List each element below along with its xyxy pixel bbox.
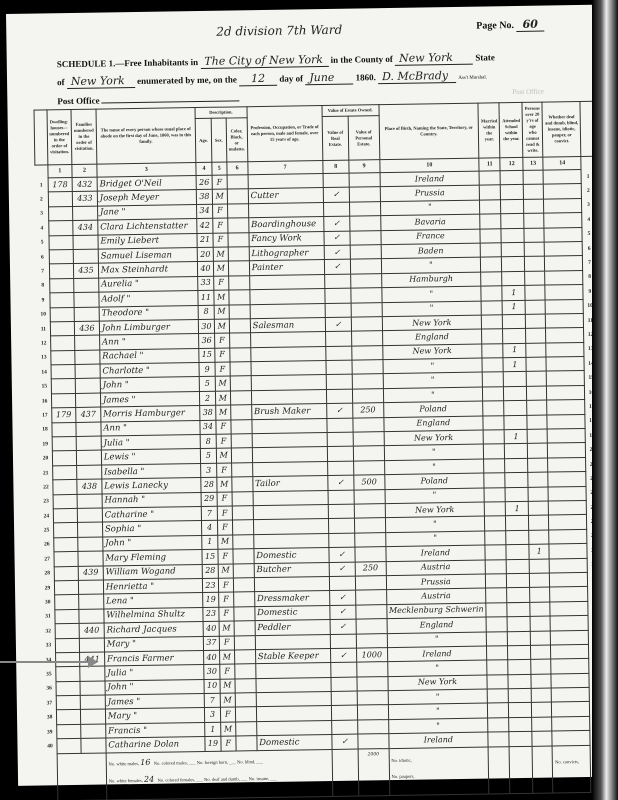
occupation <box>256 706 331 722</box>
family-number <box>81 724 106 739</box>
line-number: 20 <box>39 451 52 466</box>
age: 40 <box>203 621 219 636</box>
cannot-read-write <box>526 357 546 372</box>
condition <box>544 213 582 228</box>
attended-school: 1 <box>503 300 526 315</box>
condition <box>545 299 583 314</box>
condition <box>547 414 585 429</box>
family-number <box>78 551 103 566</box>
sex: M <box>218 564 233 579</box>
line-number: 2 <box>35 192 48 207</box>
condition <box>545 285 583 300</box>
condition <box>549 558 587 573</box>
attended-school <box>503 314 526 329</box>
personal-estate-value <box>358 719 389 734</box>
person-name: James " <box>105 694 204 710</box>
condition <box>549 515 587 530</box>
line-number: 8 <box>37 279 50 294</box>
sex: M <box>214 305 229 320</box>
real-estate-value: ✓ <box>330 648 356 663</box>
condition <box>548 457 586 472</box>
dwelling-number <box>56 724 81 739</box>
attended-school: 1 <box>505 429 528 444</box>
birthplace: Ireland <box>387 646 487 662</box>
attended-school <box>507 559 530 574</box>
family-number <box>77 450 102 465</box>
occupation <box>252 461 327 477</box>
post-office-value <box>102 92 240 103</box>
real-estate-value <box>325 288 351 303</box>
condition <box>547 400 585 415</box>
dwelling-number <box>54 580 79 595</box>
occupation <box>251 361 326 377</box>
age: 11 <box>198 290 214 305</box>
real-estate-value <box>330 662 356 677</box>
dwelling-number <box>48 192 73 207</box>
family-number <box>81 709 106 724</box>
color <box>234 650 255 665</box>
age: 40 <box>204 650 220 665</box>
family-number <box>76 422 101 437</box>
col-header-11: Married within the year. <box>478 103 500 158</box>
color <box>227 204 248 219</box>
occupation <box>251 389 326 405</box>
dwelling-number <box>48 206 73 221</box>
sex: M <box>214 319 229 334</box>
person-name: Max Steinhardt <box>98 262 197 278</box>
birthplace: Austria <box>386 588 486 604</box>
condition <box>543 169 581 184</box>
cannot-read-write <box>529 530 549 545</box>
attended-school <box>503 329 526 344</box>
family-number <box>80 681 105 696</box>
color <box>229 347 250 362</box>
birthplace: New York <box>382 315 482 331</box>
family-number: 432 <box>72 177 97 192</box>
family-number <box>73 206 98 221</box>
page-label: Page No. <box>476 20 514 32</box>
condition <box>548 486 586 501</box>
married-in-year <box>480 200 501 215</box>
line-number: 26 <box>41 538 54 553</box>
birthplace: Ireland <box>380 171 480 187</box>
personal-estate-value <box>350 259 381 274</box>
attended-school: 1 <box>502 286 525 301</box>
dwelling-number <box>54 609 79 624</box>
color <box>235 707 256 722</box>
color <box>234 635 255 650</box>
estate-header: Value of Estate Owned. <box>322 105 379 117</box>
birthplace: " <box>384 444 484 460</box>
occupation <box>252 433 327 449</box>
occupation <box>248 174 323 190</box>
birthplace: England <box>387 617 487 633</box>
state-label: State <box>475 52 495 62</box>
county-value: New York <box>395 51 473 66</box>
dwelling-number <box>51 365 76 380</box>
sex: F <box>213 218 228 233</box>
age: 34 <box>197 204 213 219</box>
married-in-year <box>486 602 507 617</box>
age: 30 <box>204 665 220 680</box>
dwelling-number <box>55 652 80 667</box>
age: 36 <box>199 334 215 349</box>
personal-estate-value <box>351 331 382 346</box>
birthplace: " <box>385 488 485 504</box>
personal-estate-value <box>357 676 388 691</box>
cannot-read-write <box>526 328 546 343</box>
line-number: 7 <box>36 264 49 279</box>
personal-estate-value <box>351 288 382 303</box>
sex: M <box>221 722 236 737</box>
sex: M <box>219 621 234 636</box>
dwelling-number <box>50 321 75 336</box>
person-name: John " <box>105 679 204 695</box>
cannot-read-write <box>523 170 543 185</box>
scan-edge-shadow <box>592 0 618 800</box>
sex: F <box>218 578 233 593</box>
color <box>230 362 251 377</box>
attended-school <box>501 170 524 185</box>
color <box>230 419 251 434</box>
condition <box>546 371 584 386</box>
color <box>228 232 249 247</box>
attended-school <box>507 588 530 603</box>
dwelling-number <box>52 451 77 466</box>
real-estate-value <box>327 447 353 462</box>
condition <box>546 357 584 372</box>
family-number <box>76 393 101 408</box>
line-number: 21 <box>40 466 53 481</box>
cannot-read-write <box>529 515 549 530</box>
person-name: Francis Farmer <box>104 650 203 666</box>
birthplace: Prussia <box>380 185 480 201</box>
real-estate-value <box>323 202 349 217</box>
sex: F <box>215 348 230 363</box>
birthplace: " <box>383 373 483 389</box>
line-number: 38 <box>43 710 56 725</box>
cannot-read-write <box>524 228 544 243</box>
condition <box>547 385 585 400</box>
married-in-year <box>486 617 507 632</box>
age: 29 <box>201 492 217 507</box>
occupation <box>251 375 326 391</box>
age: 34 <box>200 420 216 435</box>
sex: M <box>220 693 235 708</box>
real-estate-value <box>327 418 353 433</box>
family-number <box>80 695 105 710</box>
line-number: 37 <box>43 696 56 711</box>
division-note: 2d division 7th Ward <box>216 23 342 39</box>
family-number <box>80 666 105 681</box>
attended-school <box>501 228 524 243</box>
real-estate-value <box>331 691 357 706</box>
real-estate-value: ✓ <box>330 605 356 620</box>
person-name: Francis " <box>106 722 205 738</box>
schedule-line: SCHEDULE 1.—Free Inhabitants in The City… <box>57 50 495 71</box>
occupation <box>253 490 328 506</box>
person-name: Bridget O'Neil <box>97 176 196 192</box>
married-in-year <box>486 631 507 646</box>
dwelling-number <box>56 739 81 754</box>
sex: F <box>216 420 231 435</box>
sex: M <box>215 376 230 391</box>
person-name: Julia " <box>101 435 200 451</box>
line-number: 36 <box>43 681 56 696</box>
birthplace: " <box>384 459 484 475</box>
birthplace: " <box>381 257 481 273</box>
personal-estate-value <box>357 705 388 720</box>
family-number <box>75 379 100 394</box>
year-text: 1860. <box>355 72 375 82</box>
birthplace: Bavaria <box>380 214 480 230</box>
married-in-year <box>486 574 507 589</box>
cannot-read-write <box>531 674 551 689</box>
age: 19 <box>203 593 219 608</box>
bleed-through-text: Post Office <box>512 88 544 96</box>
age: 26 <box>196 175 212 190</box>
married-in-year <box>481 286 502 301</box>
age: 38 <box>196 190 212 205</box>
col-header-3: The name of every person whose usual pla… <box>96 108 196 165</box>
line-number: 11 <box>37 322 50 337</box>
married-in-year <box>485 559 506 574</box>
real-estate-value: ✓ <box>324 245 350 260</box>
personal-estate-value <box>352 374 383 389</box>
family-number <box>78 537 103 552</box>
family-number: 436 <box>75 321 100 336</box>
age: 15 <box>202 549 218 564</box>
cannot-read-write <box>527 415 547 430</box>
pointer-arrow-line <box>0 661 92 663</box>
occupation <box>252 447 327 463</box>
dwelling-number <box>53 494 78 509</box>
post-office-label: Post Office <box>57 96 99 107</box>
personal-estate-value: 1000 <box>356 647 387 662</box>
attended-school <box>506 530 529 545</box>
age: 33 <box>198 276 214 291</box>
occupation <box>253 533 328 549</box>
person-name: Clara Lichtenstatter <box>98 219 197 235</box>
sex: F <box>219 607 234 622</box>
real-estate-value <box>327 432 353 447</box>
sex: F <box>217 520 232 535</box>
married-in-year <box>482 372 503 387</box>
dwelling-number <box>51 422 76 437</box>
cannot-read-write <box>527 400 547 415</box>
color <box>235 736 256 751</box>
attended-school <box>505 444 528 459</box>
line-number: 35 <box>43 667 56 682</box>
real-estate-value <box>330 634 356 649</box>
condition <box>552 702 590 717</box>
married-in-year <box>487 674 508 689</box>
sex: F <box>215 362 230 377</box>
family-number <box>78 522 103 537</box>
color <box>230 376 251 391</box>
color <box>233 578 254 593</box>
condition <box>549 544 587 559</box>
real-estate-value: ✓ <box>329 590 355 605</box>
dwelling-number <box>52 436 77 451</box>
sex: F <box>212 204 227 219</box>
age: 10 <box>204 679 220 694</box>
attended-school <box>508 674 531 689</box>
sex: M <box>216 448 231 463</box>
attended-school <box>509 688 532 703</box>
line-number: 25 <box>41 523 54 538</box>
line-number: 13 <box>38 351 51 366</box>
line-number: 19 <box>39 437 52 452</box>
personal-estate-value <box>356 604 387 619</box>
dwelling-number <box>48 235 73 250</box>
family-number <box>74 292 99 307</box>
married-in-year <box>487 660 508 675</box>
condition <box>544 241 582 256</box>
line-number: 39 <box>44 725 57 740</box>
cannot-read-write <box>528 472 548 487</box>
family-number <box>79 638 104 653</box>
married-in-year <box>481 271 502 286</box>
cannot-read-write <box>527 429 547 444</box>
line-number: 30 <box>42 595 55 610</box>
line-number: 40 <box>44 739 57 754</box>
cannot-read-write <box>524 199 544 214</box>
age: 7 <box>204 693 220 708</box>
family-number <box>77 494 102 509</box>
color <box>232 520 253 535</box>
dwelling-number: 179 <box>51 408 76 423</box>
attended-school <box>508 616 531 631</box>
married-in-year <box>484 502 505 517</box>
condition <box>546 342 584 357</box>
family-number <box>77 465 102 480</box>
attended-school <box>504 401 527 416</box>
age: 42 <box>197 218 213 233</box>
condition <box>550 630 588 645</box>
cannot-read-write <box>526 372 546 387</box>
age: 20 <box>197 247 213 262</box>
census-table: Dwelling-houses—numbered in the order of… <box>34 101 605 800</box>
family-number: 437 <box>76 407 101 422</box>
personal-estate-value <box>350 216 381 231</box>
dwelling-number <box>53 508 78 523</box>
age: 38 <box>200 406 216 421</box>
personal-estate-value <box>355 532 386 547</box>
occupation <box>256 677 331 693</box>
person-name: Adolf " <box>99 291 198 307</box>
post-office-line: Post Office <box>57 92 240 106</box>
totals-demographics: No. white males, 16 No. colored males, _… <box>106 749 333 800</box>
real-estate-value <box>328 518 354 533</box>
birthplace: " <box>382 301 482 317</box>
person-name: Charlotte " <box>100 363 199 379</box>
sex: M <box>217 477 232 492</box>
person-name: Richard Jacques <box>104 622 203 638</box>
state-value: New York <box>67 74 135 89</box>
color <box>228 247 249 262</box>
condition <box>545 256 583 271</box>
married-in-year <box>481 300 502 315</box>
dwelling-number <box>52 465 77 480</box>
birthplace: Baden <box>381 243 481 259</box>
enumerated-text: enumerated by me, on the <box>137 74 237 86</box>
married-in-year <box>479 185 500 200</box>
sex: M <box>212 189 227 204</box>
dwelling-number <box>50 336 75 351</box>
birthplace: " <box>385 531 485 547</box>
condition <box>550 587 588 602</box>
occupation: Lithographer <box>249 245 324 261</box>
line-number: 14 <box>38 365 51 380</box>
color <box>232 506 253 521</box>
married-in-year <box>480 214 501 229</box>
sex: F <box>220 664 235 679</box>
birthplace: " <box>380 200 480 216</box>
family-number <box>75 335 100 350</box>
attended-school <box>509 717 532 732</box>
line-number: 10 <box>37 307 50 322</box>
color <box>228 275 249 290</box>
real-estate-value <box>326 360 352 375</box>
person-name: Jane " <box>97 204 196 220</box>
dwelling-number <box>54 595 79 610</box>
cannot-read-write <box>530 587 550 602</box>
dwelling-number <box>49 264 74 279</box>
birthplace: " <box>383 387 483 403</box>
personal-estate-value <box>353 417 384 432</box>
line-number: 27 <box>41 552 54 567</box>
birthplace: Austria <box>386 560 486 576</box>
age: 1 <box>205 722 221 737</box>
line-number: 17 <box>39 408 52 423</box>
age: 4 <box>202 521 218 536</box>
birthplace: " <box>383 358 483 374</box>
dwelling-number <box>56 710 81 725</box>
line-number: 4 <box>36 221 49 236</box>
color <box>228 261 249 276</box>
attended-school <box>501 185 524 200</box>
dwelling-number <box>51 379 76 394</box>
person-name: Lewis " <box>101 449 200 465</box>
family-number: 434 <box>73 220 98 235</box>
real-estate-value <box>328 533 354 548</box>
occupation <box>249 274 324 290</box>
person-name: Catharine Dolan <box>106 737 205 753</box>
occupation: Cutter <box>248 188 323 204</box>
person-name: Mary Fleming <box>103 550 202 566</box>
enumeration-line: of New York enumerated by me, on the 12 … <box>57 68 487 89</box>
personal-estate-value: 250 <box>353 403 384 418</box>
person-name: Rachael " <box>100 348 199 364</box>
married-in-year <box>483 430 504 445</box>
col-header-8: Value of Real Estate. <box>322 116 349 160</box>
personal-estate-value: 500 <box>354 475 385 490</box>
col-header-13: Persons over 20 y'rs of age who cannot r… <box>522 102 543 157</box>
cannot-read-write <box>524 213 544 228</box>
personal-estate-value <box>355 576 386 591</box>
personal-estate-value <box>351 317 382 332</box>
personal-estate-value <box>353 446 384 461</box>
married-in-year <box>488 718 509 733</box>
cannot-read-write <box>531 659 551 674</box>
line-number: 12 <box>38 336 51 351</box>
dwelling-number <box>53 537 78 552</box>
family-number <box>79 609 104 624</box>
attended-school <box>505 487 528 502</box>
of-label: of <box>57 77 65 87</box>
color <box>231 462 252 477</box>
